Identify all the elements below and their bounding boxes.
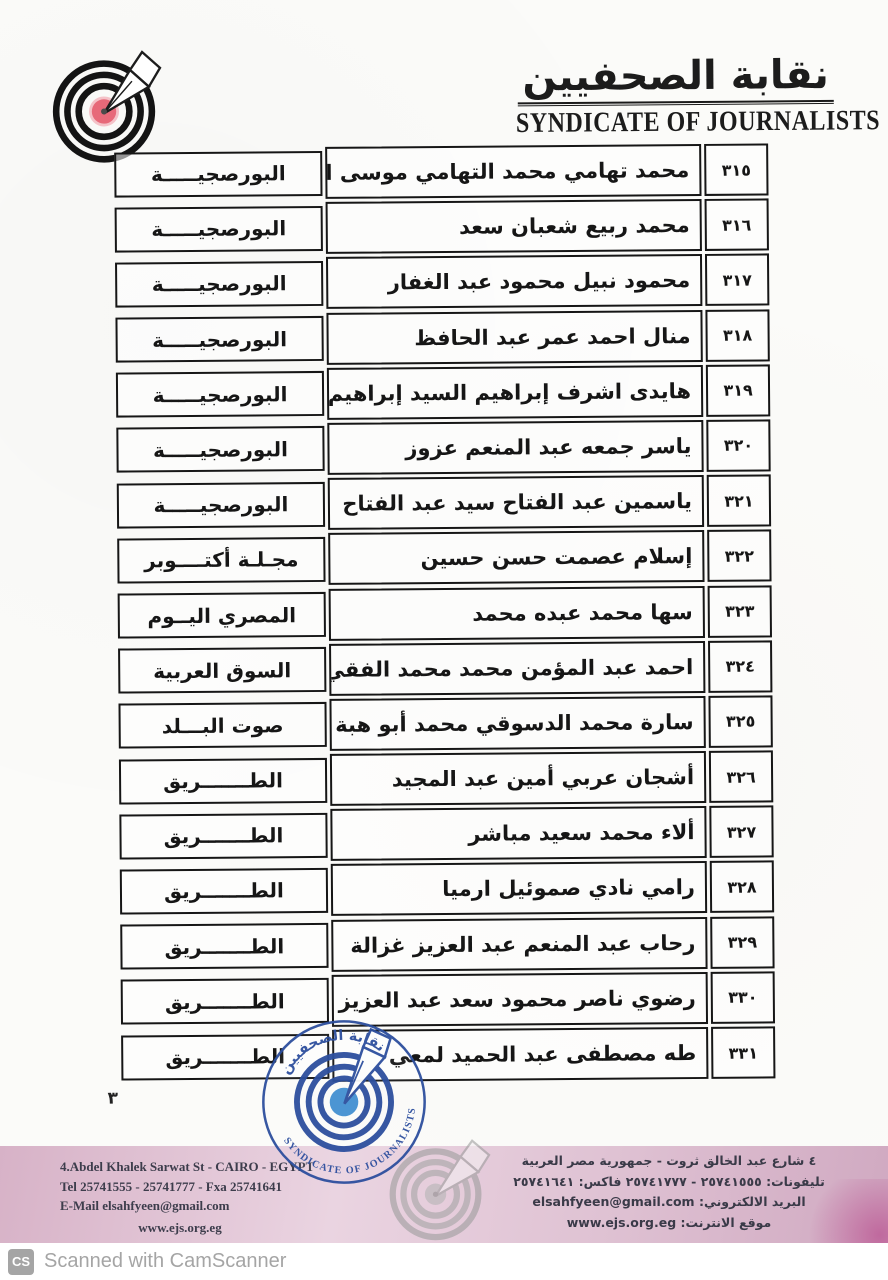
row-member-name: ألاء محمد سعيد مباشر [330,806,706,861]
footer-website-en: www.ejs.org.eg [60,1218,300,1238]
table-row: البورصجيـــــة محمد ربيع شعبان سعد ٣١٦ [115,199,775,256]
header-title-english: SYNDICATE OF JOURNALISTS [516,106,836,140]
row-organization: المصري اليــوم [118,592,326,639]
footer-address-ar: ٤ شارع عبد الخالق ثروت - جمهورية مصر الع… [504,1151,834,1172]
row-number: ٣٢٥ [708,695,772,748]
table-row: البورصجيـــــة منال احمد عمر عبد الحافظ … [115,309,775,366]
row-number: ٣١٧ [705,254,769,307]
row-number: ٣٢٨ [710,861,774,914]
row-number: ٣٢٣ [708,585,772,638]
row-member-name: سارة محمد الدسوقي محمد أبو هبة [329,696,705,751]
table-row: الطـــــــريق رضوي ناصر محمود سعد عبد ال… [121,971,781,1028]
row-number: ٣١٨ [705,309,769,362]
table-row: الطـــــــريق ألاء محمد سعيد مباشر ٣٢٧ [119,806,779,863]
table-row: الطـــــــريق طه مصطفى عبد الحميد لمعي ٣… [121,1026,781,1083]
row-organization: الطـــــــريق [121,978,329,1025]
row-number: ٣١٩ [706,364,770,417]
row-member-name: ياسر جمعه عبد المنعم عزوز [327,420,703,475]
row-organization: السوق العربية [118,647,326,694]
table-row: الطـــــــريق رامي نادي صموئيل ارميا ٣٢٨ [120,861,780,918]
row-number: ٣١٥ [704,143,768,196]
row-organization: صوت البـــلد [118,702,326,749]
row-number: ٣١٦ [705,199,769,252]
member-table: البورصجيـــــة محمد تهامي محمد التهامي م… [114,143,781,1086]
table-row: البورصجيـــــة ياسر جمعه عبد المنعم عزوز… [116,419,776,476]
row-organization: البورصجيـــــة [115,261,323,308]
row-member-name: محمد تهامي محمد التهامي موسى الجعار [325,144,701,199]
camscanner-icon: CS [8,1249,34,1275]
document-header: نقابة الصحفيين SYNDICATE OF JOURNALISTS [515,53,836,136]
row-number: ٣٢٩ [710,916,774,969]
table-row: البورصجيـــــة محمود نبيل محمود عبد الغف… [115,254,775,311]
row-organization: الطـــــــريق [120,868,328,915]
row-organization: البورصجيـــــة [115,316,323,363]
footer-phones-ar: تليفونات: ٢٥٧٤١٥٥٥ - ٢٥٧٤١٧٧٧ فاكس: ٢٥٧٤… [504,1172,834,1193]
page-number: ٣ [108,1089,119,1109]
footer-email-ar: البريد الالكتروني: elsahfyeen@gmail.com [504,1192,834,1213]
camscanner-bar: CS Scanned with CamScanner [0,1243,888,1280]
table-row: مجـلـة أكتــــوبر إسلام عصمت حسن حسين ٣٢… [117,530,777,587]
header-title-arabic: نقابة الصحفيين [515,53,835,100]
row-member-name: رحاب عبد المنعم عبد العزيز غزالة [331,917,707,972]
row-number: ٣٣٠ [711,971,775,1024]
row-organization: البورصجيـــــة [115,206,323,253]
row-member-name: احمد عبد المؤمن محمد محمد الفقي [329,641,705,696]
row-organization: مجـلـة أكتــــوبر [117,537,325,584]
scanned-document-page: نقابة الصحفيين SYNDICATE OF JOURNALISTS … [0,0,888,1280]
row-member-name: إسلام عصمت حسن حسين [328,530,704,585]
row-number: ٣٢١ [707,475,771,528]
row-number: ٣٣١ [711,1026,775,1079]
table-row: صوت البـــلد سارة محمد الدسوقي محمد أبو … [118,695,778,752]
row-member-name: محمد ربيع شعبان سعد [326,199,702,254]
row-organization: البورصجيـــــة [117,482,325,529]
table-row: البورصجيـــــة محمد تهامي محمد التهامي م… [114,143,774,200]
row-organization: البورصجيـــــة [114,150,322,197]
row-member-name: منال احمد عمر عبد الحافظ [326,310,702,365]
camscanner-label: Scanned with CamScanner [44,1250,286,1273]
row-organization: البورصجيـــــة [116,371,324,418]
row-member-name: سها محمد عبده محمد [329,585,705,640]
row-number: ٣٢٤ [708,640,772,693]
row-number: ٣٢٢ [707,530,771,583]
row-member-name: أشجان عربي أمين عبد المجيد [330,751,706,806]
row-organization: الطـــــــريق [119,813,327,860]
footer-contact-arabic: ٤ شارع عبد الخالق ثروت - جمهورية مصر الع… [504,1151,834,1234]
table-row: الطـــــــريق رحاب عبد المنعم عبد العزيز… [120,916,780,973]
row-member-name: ياسمين عبد الفتاح سيد عبد الفتاح [328,475,704,530]
footer-website-ar: موقع الانترنت: www.ejs.org.eg [504,1213,834,1234]
table-row: البورصجيـــــة هايدى اشرف إبراهيم السيد … [116,364,776,421]
row-member-name: محمود نبيل محمود عبد الغفار [326,254,702,309]
row-number: ٣٢٧ [709,806,773,859]
table-row: الطـــــــريق أشجان عربي أمين عبد المجيد… [119,750,779,807]
row-number: ٣٢٦ [709,750,773,803]
footer-email-en: E-Mail elsahfyeen@gmail.com [60,1196,360,1216]
table-row: البورصجيـــــة ياسمين عبد الفتاح سيد عبد… [117,475,777,532]
row-organization: الطـــــــريق [120,923,328,970]
row-member-name: هايدى اشرف إبراهيم السيد إبراهيم [327,365,703,420]
table-row: السوق العربية احمد عبد المؤمن محمد محمد … [118,640,778,697]
row-organization: البورصجيـــــة [116,426,324,473]
table-row: المصري اليــوم سها محمد عبده محمد ٣٢٣ [118,585,778,642]
row-member-name: رامي نادي صموئيل ارميا [331,861,707,916]
row-number: ٣٢٠ [706,419,770,472]
row-organization: الطـــــــريق [119,757,327,804]
